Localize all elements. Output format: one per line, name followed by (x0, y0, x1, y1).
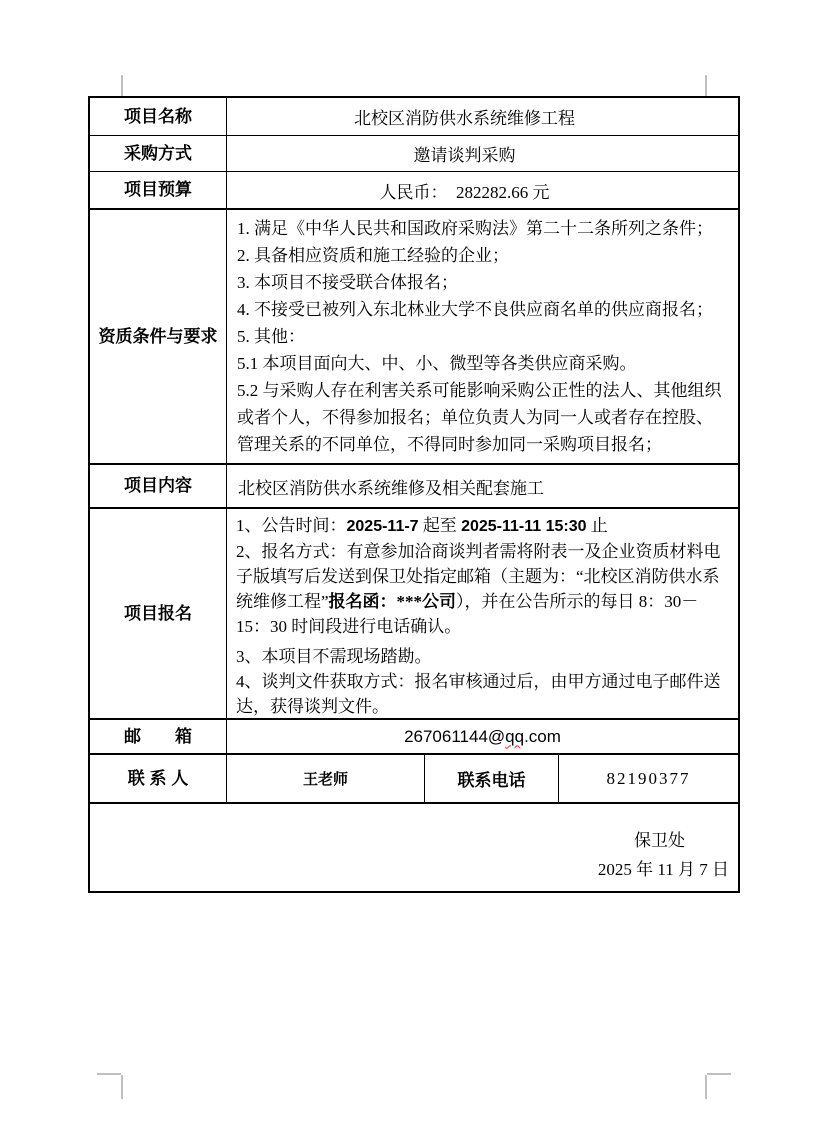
registration-item-site-visit: 3、本项目不需现场踏勘。 (236, 644, 730, 669)
crop-mark-bottom-left-vertical (121, 1075, 123, 1099)
row-project-content: 项目内容 北校区消防供水系统维修及相关配套施工 (90, 463, 738, 507)
crop-mark-bottom-right-horizontal (707, 1073, 731, 1075)
crop-mark-bottom-right-vertical (705, 1075, 707, 1099)
registration-end-date: 2025-11-11 15:30 (461, 518, 586, 535)
registration-text: 止 (587, 516, 608, 535)
email-prefix: 267061144@ (404, 727, 505, 747)
registration-letter-bold-text: 报名函：***公司 (329, 592, 457, 611)
project-budget-label: 项目预算 (90, 172, 227, 208)
signature-organization: 保卫处 (90, 826, 738, 855)
row-procurement-method: 采购方式 邀请谈判采购 (90, 135, 738, 171)
project-registration-value: 1、公告时间：2025-11-7 起至 2025-11-11 15:30 止 2… (227, 509, 738, 718)
crop-mark-bottom-left-horizontal (97, 1073, 121, 1075)
contact-phone-label: 联系电话 (425, 755, 559, 802)
procurement-method-label: 采购方式 (90, 136, 227, 171)
qualification-line: 2. 具备相应资质和施工经验的企业； (237, 242, 728, 269)
email-value: 267061144@qq.com (227, 720, 738, 753)
qualification-line: 5.1 本项目面向大、中、小、微型等各类供应商采购。 (237, 350, 728, 377)
qualification-line: 3. 本项目不接受联合体报名； (237, 269, 728, 296)
row-project-budget: 项目预算 人民币： 282282.66 元 (90, 171, 738, 208)
project-name-value: 北校区消防供水系统维修工程 (227, 98, 738, 135)
procurement-method-value: 邀请谈判采购 (227, 136, 738, 171)
email-spellcheck-segment: qq (505, 727, 524, 747)
project-budget-value: 人民币： 282282.66 元 (227, 172, 738, 208)
row-project-registration: 项目报名 1、公告时间：2025-11-7 起至 2025-11-11 15:3… (90, 507, 738, 718)
row-project-name: 项目名称 北校区消防供水系统维修工程 (90, 98, 738, 135)
email-label: 邮 箱 (90, 720, 227, 753)
project-name-label: 项目名称 (90, 98, 227, 135)
row-email: 邮 箱 267061144@qq.com (90, 718, 738, 753)
contact-person-label: 联 系 人 (90, 755, 227, 802)
row-signature: 保卫处 2025 年 11 月 7 日 (90, 802, 738, 890)
signature-date: 2025 年 11 月 7 日 (90, 855, 738, 884)
project-content-value: 北校区消防供水系统维修及相关配套施工 (227, 465, 738, 507)
registration-item-announcement-time: 1、公告时间：2025-11-7 起至 2025-11-11 15:30 止 (236, 513, 730, 539)
registration-start-date: 2025-11-7 (347, 518, 419, 535)
qualification-lines: 1. 满足《中华人民共和国政府采购法》第二十二条所列之条件； 2. 具备相应资质… (227, 210, 738, 458)
qualification-label: 资质条件与要求 (90, 210, 227, 463)
crop-mark-top-left-vertical (121, 75, 123, 97)
crop-mark-top-right-vertical (705, 75, 707, 97)
qualification-line: 4. 不接受已被列入东北林业大学不良供应商名单的供应商报名； (237, 296, 728, 323)
contact-phone-value: 82190377 (559, 755, 738, 802)
qualification-value: 1. 满足《中华人民共和国政府采购法》第二十二条所列之条件； 2. 具备相应资质… (227, 210, 738, 463)
qualification-line: 5. 其他： (237, 323, 728, 350)
registration-item-method: 2、报名方式：有意参加洽商谈判者需将附表一及企业资质材料电子版填写后发送到保卫处… (236, 539, 730, 639)
registration-text: 起至 (419, 516, 462, 535)
registration-item-document-delivery: 4、谈判文件获取方式：报名审核通过后，由甲方通过电子邮件送达，获得谈判文件。 (236, 669, 730, 719)
registration-paragraphs: 1、公告时间：2025-11-7 起至 2025-11-11 15:30 止 2… (227, 509, 738, 719)
row-contact: 联 系 人 王老师 联系电话 82190377 (90, 753, 738, 802)
procurement-notice-table: 项目名称 北校区消防供水系统维修工程 采购方式 邀请谈判采购 项目预算 人民币：… (88, 96, 740, 893)
signature-block: 保卫处 2025 年 11 月 7 日 (90, 804, 738, 884)
project-registration-label: 项目报名 (90, 509, 227, 718)
qualification-line: 5.2 与采购人存在利害关系可能影响采购公正性的法人、其他组织或者个人，不得参加… (237, 377, 728, 458)
project-content-label: 项目内容 (90, 465, 227, 507)
row-qualification-requirements: 资质条件与要求 1. 满足《中华人民共和国政府采购法》第二十二条所列之条件； 2… (90, 208, 738, 463)
registration-text: 1、公告时间： (236, 516, 347, 535)
email-suffix: .com (524, 727, 561, 747)
contact-person-value: 王老师 (227, 755, 425, 802)
qualification-line: 1. 满足《中华人民共和国政府采购法》第二十二条所列之条件； (237, 215, 728, 242)
